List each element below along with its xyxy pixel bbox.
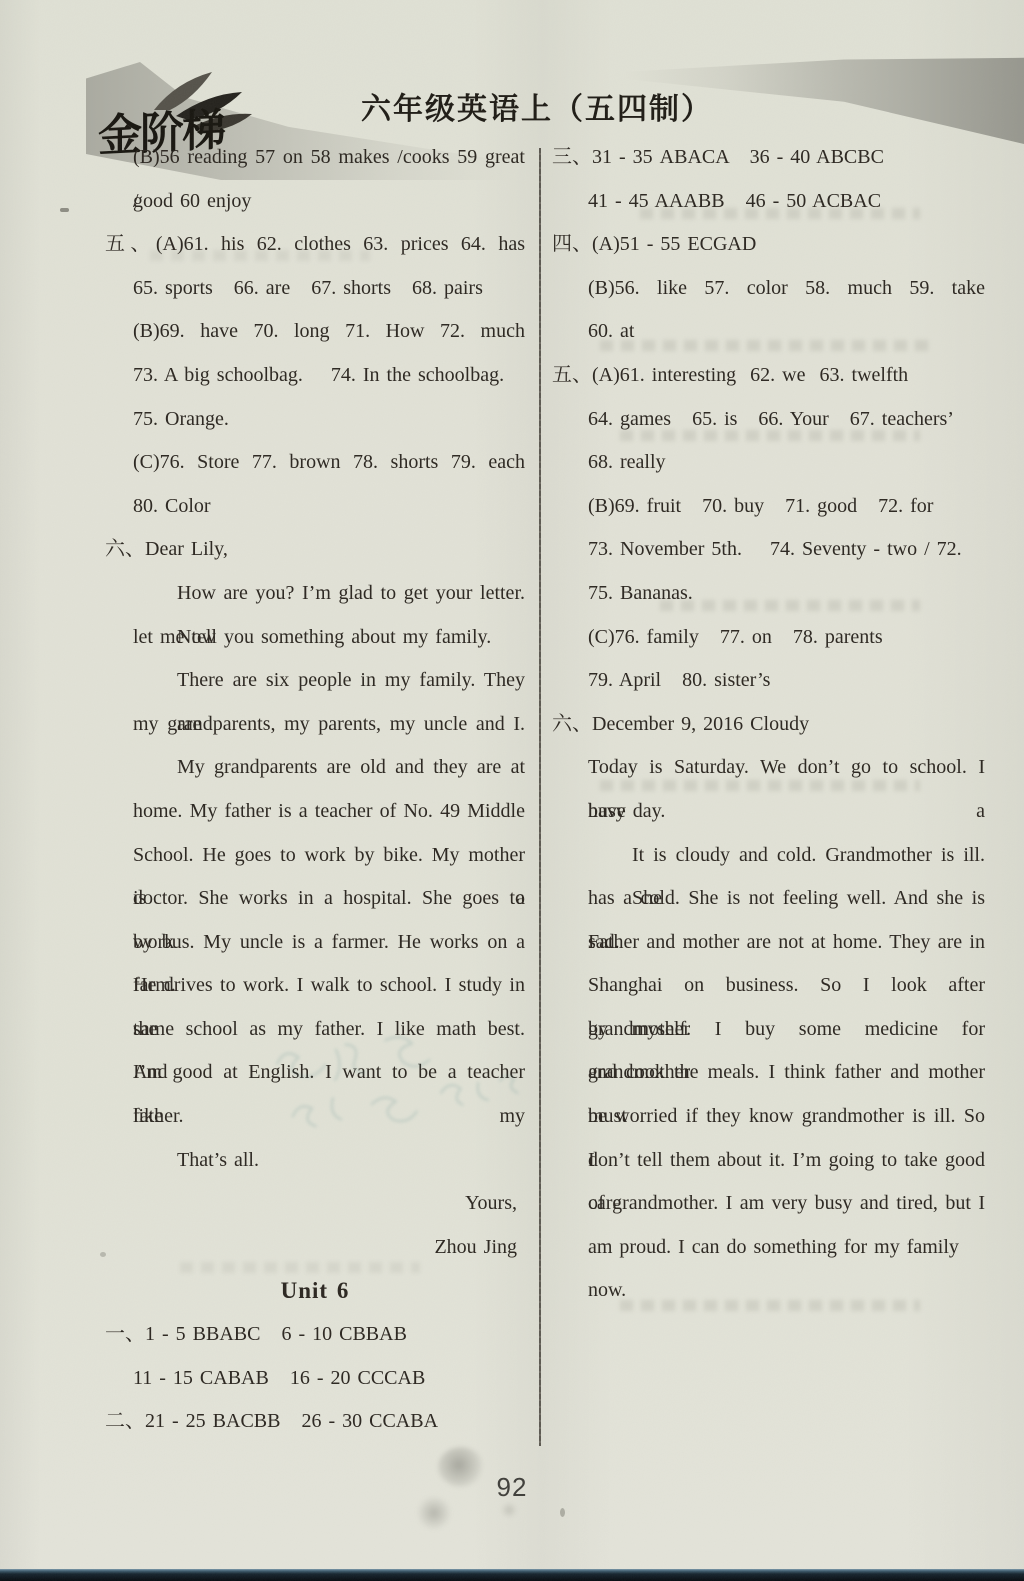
- text-line: 65. sports 66. are 67. shorts 68. pairs: [105, 267, 525, 311]
- text-line: let me tell you something about my famil…: [105, 616, 525, 660]
- text-line: 六、December 9, 2016 Cloudy: [552, 703, 985, 747]
- text-line: (B)69. fruit 70. buy 71. good 72. for: [552, 485, 985, 529]
- text-line: Unit 6: [105, 1269, 525, 1313]
- text-line: Father and mother are not at home. They …: [552, 921, 985, 965]
- text-line: 80. Color: [105, 485, 525, 529]
- text-line: How are you? I’m glad to get your letter…: [105, 572, 525, 616]
- text-line: Yours,: [105, 1182, 525, 1226]
- text-line: same school as my father. I like math be…: [105, 1008, 525, 1052]
- text-line: (C)76. family 77. on 78. parents: [552, 616, 985, 660]
- page-number: 92: [0, 1472, 1024, 1503]
- text-line: 60. at: [552, 310, 985, 354]
- text-line: good 60 enjoy: [105, 180, 525, 224]
- ink-smudge: [500, 1503, 518, 1517]
- text-line: 三、31 - 35 ABACA 36 - 40 ABCBC: [552, 136, 985, 180]
- text-line: It is cloudy and cold. Grandmother is il…: [552, 834, 985, 878]
- text-line: 64. games 65. is 66. Your 67. teachers’: [552, 398, 985, 442]
- text-line: am proud. I can do something for my fami…: [552, 1226, 985, 1270]
- text-line: 五、(A)61. interesting 62. we 63. twelfth: [552, 354, 985, 398]
- footer-scan-edge: [0, 1569, 1024, 1581]
- text-line: has a cold. She is not feeling well. And…: [552, 877, 985, 921]
- text-line: 一、1 - 5 BBABC 6 - 10 CBBAB: [105, 1313, 525, 1357]
- paper-speck: [100, 1252, 106, 1257]
- text-line: be worried if they know grandmother is i…: [552, 1095, 985, 1139]
- text-line: My grandparents are old and they are at: [105, 746, 525, 790]
- text-line: don’t tell them about it. I’m going to t…: [552, 1139, 985, 1183]
- text-line: 41 - 45 AAABB 46 - 50 ACBAC: [552, 180, 985, 224]
- text-line: 六、Dear Lily,: [105, 528, 525, 572]
- text-line: (B)56 reading 57 on 58 makes /cooks 59 g…: [105, 136, 525, 180]
- text-line: by bus. My uncle is a farmer. He works o…: [105, 921, 525, 965]
- text-line: (B)69. have 70. long 71. How 72. much: [105, 310, 525, 354]
- text-line: my grandparents, my parents, my uncle an…: [105, 703, 525, 747]
- text-line: Today is Saturday. We don’t go to school…: [552, 746, 985, 790]
- paper-speck: [60, 208, 69, 212]
- text-line: There are six people in my family. They …: [105, 659, 525, 703]
- text-line: 75. Orange.: [105, 398, 525, 442]
- text-line: 73. November 5th. 74. Seventy - two / 72…: [552, 528, 985, 572]
- text-line: 五、(A)61. his 62. clothes 63. prices 64. …: [105, 223, 525, 267]
- text-line: That’s all.: [105, 1139, 525, 1183]
- left-column: (B)56 reading 57 on 58 makes /cooks 59 g…: [105, 136, 525, 1444]
- text-line: School. He goes to work by bike. My moth…: [105, 834, 525, 878]
- text-line: by myself. I buy some medicine for grand…: [552, 1008, 985, 1052]
- text-line: Shanghai on business. So I look after gr…: [552, 964, 985, 1008]
- right-column: 三、31 - 35 ABACA 36 - 40 ABCBC41 - 45 AAA…: [552, 136, 985, 1269]
- text-line: I’m good at English. I want to be a teac…: [105, 1051, 525, 1095]
- text-line: and cook the meals. I think father and m…: [552, 1051, 985, 1095]
- text-line: 11 - 15 CABAB 16 - 20 CCCAB: [105, 1357, 525, 1401]
- paper-speck: [560, 1508, 565, 1517]
- text-line: home. My father is a teacher of No. 49 M…: [105, 790, 525, 834]
- text-line: 68. really: [552, 441, 985, 485]
- text-line: 四、(A)51 - 55 ECGAD: [552, 223, 985, 267]
- text-line: 二、21 - 25 BACBB 26 - 30 CCABA: [105, 1400, 525, 1444]
- text-line: (C)76. Store 77. brown 78. shorts 79. ea…: [105, 441, 525, 485]
- column-divider: [539, 148, 541, 1446]
- text-line: Zhou Jing: [105, 1226, 525, 1270]
- text-line: doctor. She works in a hospital. She goe…: [105, 877, 525, 921]
- text-line: 75. Bananas.: [552, 572, 985, 616]
- text-line: 73. A big schoolbag. 74. In the schoolba…: [105, 354, 525, 398]
- scanned-workbook-page: 金阶梯 六年级英语上（五四制） (B)56 reading 57 on 58 m…: [0, 0, 1024, 1581]
- text-line: 79. April 80. sister’s: [552, 659, 985, 703]
- bleedthrough-ghost: [620, 1300, 920, 1311]
- text-line: (B)56. like 57. color 58. much 59. take: [552, 267, 985, 311]
- text-line: He drives to work. I walk to school. I s…: [105, 964, 525, 1008]
- text-line: of grandmother. I am very busy and tired…: [552, 1182, 985, 1226]
